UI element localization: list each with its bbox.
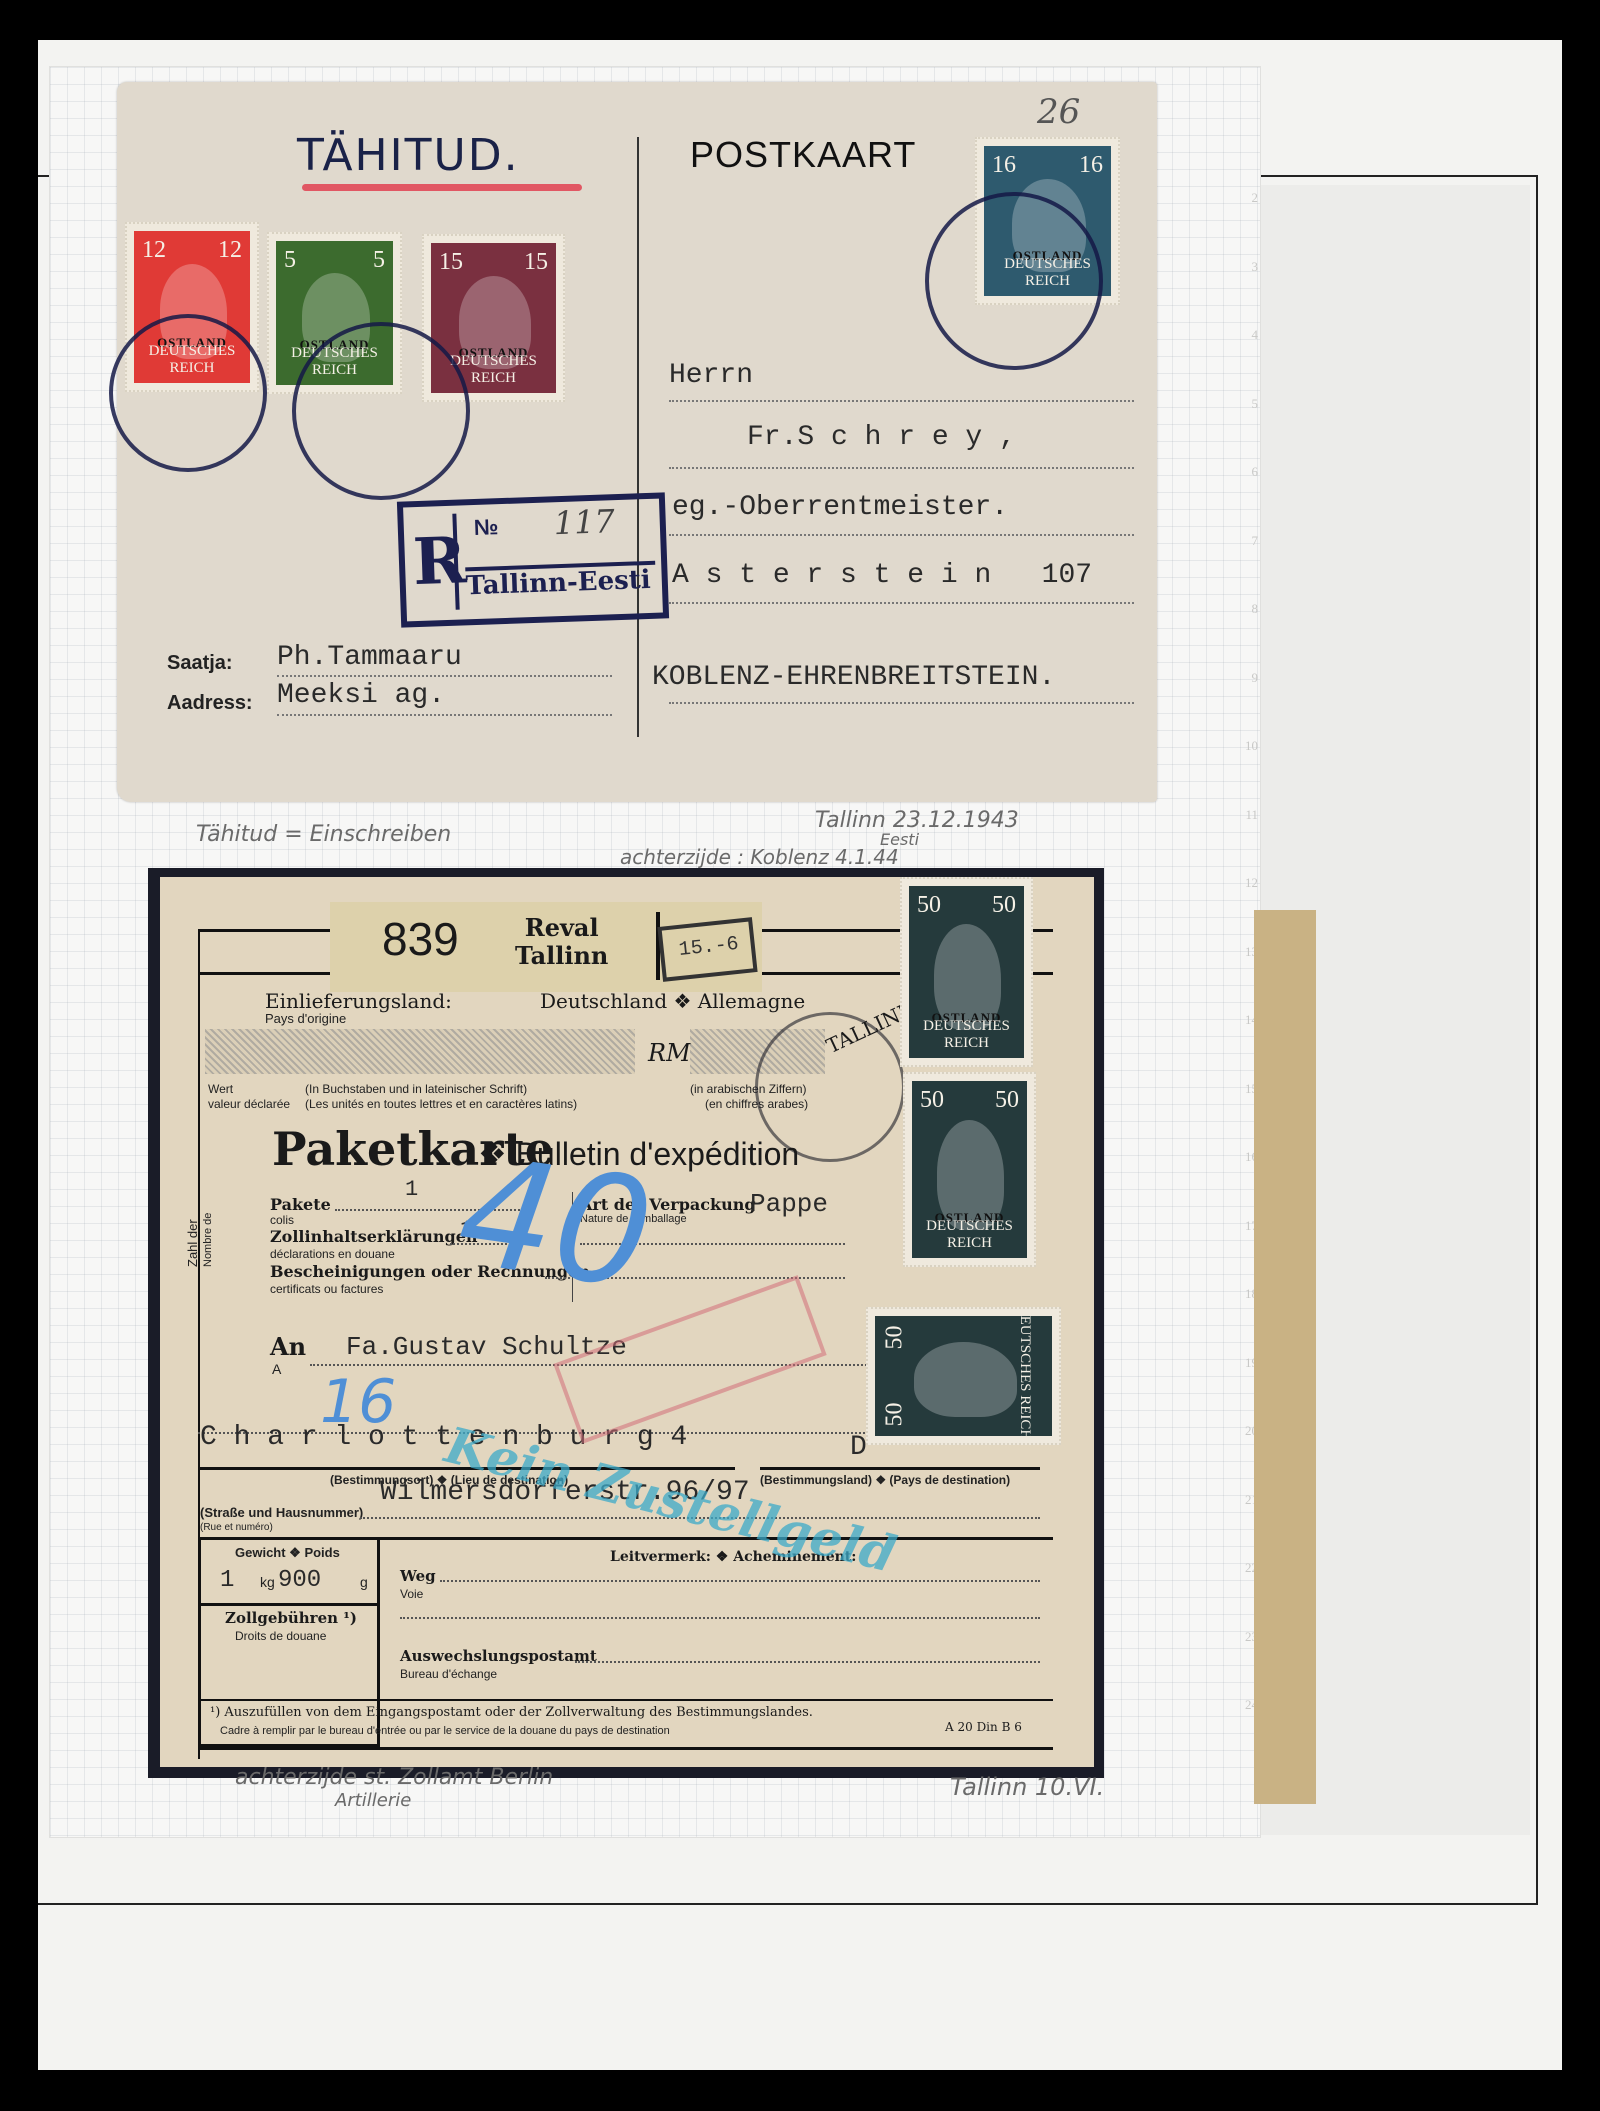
form-rule — [198, 1747, 1053, 1750]
stamp-value: 15 — [524, 249, 548, 276]
row-number: 9 — [1252, 670, 1259, 686]
row-dots — [400, 1617, 1040, 1619]
row-number: 12 — [1245, 875, 1258, 891]
address-label: Aadress: — [167, 692, 253, 715]
note-parcel-place: Tallinn 10.VI. — [950, 1773, 1104, 1801]
stamp-value: 50 — [995, 1087, 1019, 1114]
row-pakete-label: Pakete — [270, 1195, 331, 1214]
slip-date-box: 15.-6 — [657, 917, 757, 982]
street-label-fr: (Rue et numéro) — [200, 1522, 273, 1533]
registration-label: R № 117 Tallinn-Eesti — [397, 492, 669, 627]
country-initial: D — [850, 1432, 867, 1463]
form-rule — [760, 1467, 1040, 1470]
recipient-title: eg.-Oberrentmeister. — [672, 492, 1008, 523]
row-number: 11 — [1245, 807, 1258, 823]
stamp-inscription: DEUTSCHES REICH — [909, 1018, 1024, 1052]
address-line — [669, 534, 1134, 536]
street-label: (Straße und Hausnummer) — [200, 1505, 363, 1520]
count-header: Zahl der — [185, 1219, 200, 1267]
postmark-circle — [109, 314, 267, 472]
note-parcel-back: achterzijde st. Zollamt Berlin — [235, 1765, 553, 1790]
packaging-value: Pappe — [750, 1189, 828, 1219]
parcel-card[interactable]: 839 Reval Tallinn 15.-6 Einlieferungslan… — [160, 877, 1094, 1767]
blue-pencil-16: 16 — [320, 1367, 396, 1437]
blue-pencil-40: 40 — [449, 1125, 662, 1324]
stamp-value: 15 — [439, 249, 463, 276]
to-label: An — [270, 1332, 306, 1361]
postcard-title-handwritten: TÄHITUD. — [297, 130, 520, 181]
row-dots — [440, 1580, 1040, 1582]
stamp-value: 50 — [882, 1403, 909, 1427]
parcel-number-slip: 839 Reval Tallinn 15.-6 — [330, 902, 762, 992]
weight-kg-unit: kg — [260, 1574, 275, 1590]
customs-label-fr: Droits de douane — [235, 1629, 326, 1643]
address-line — [277, 714, 612, 716]
slip-city-1: Reval — [515, 914, 608, 942]
dest-country-label: (Bestimmungsland) ❖ (Pays de destination… — [760, 1473, 1010, 1487]
recipient-street: A s t e r s t e i n 107 — [672, 560, 1092, 591]
count-header-fr: Nombre de — [202, 1213, 214, 1267]
customs-label: Zollgebühren ¹) — [225, 1609, 357, 1627]
row-number: 4 — [1252, 327, 1259, 343]
form-code: A 20 Din B 6 — [945, 1720, 1022, 1734]
registration-place: Tallinn-Eesti — [465, 561, 656, 602]
stamp-value: 5 — [373, 247, 385, 274]
footnote-fr: Cadre à remplir par le bureau d'entrée o… — [220, 1725, 670, 1737]
weight-kg: 1 — [220, 1567, 234, 1594]
row-bescheinigungen-label-fr: certificats ou factures — [270, 1282, 383, 1296]
value-label-fr: valeur déclarée — [208, 1097, 290, 1111]
stamp-inscription: DEUTSCHES REICH — [912, 1218, 1027, 1252]
way-label: Weg — [400, 1567, 436, 1585]
form-rule — [198, 1603, 380, 1606]
footnote: ¹) Auszufüllen von dem Eingangspostamt o… — [210, 1705, 813, 1720]
note-tahitud: Tähitud = Einschreiben — [196, 822, 451, 847]
value-hatch — [205, 1029, 635, 1074]
exchange-label-fr: Bureau d'échange — [400, 1667, 497, 1681]
row-pakete-value: 1 — [405, 1177, 418, 1202]
slip-city-2: Tallinn — [515, 942, 608, 970]
slip-city: Reval Tallinn — [515, 914, 608, 970]
row-number: 10 — [1245, 738, 1258, 754]
stamp-50-top[interactable]: 50 50 OSTLAND DEUTSCHES REICH — [900, 877, 1033, 1067]
address-value: Meeksi ag. — [277, 680, 445, 711]
way-label-fr: Voie — [400, 1587, 423, 1601]
sender-label: Saatja: — [167, 652, 233, 675]
letters-note: (In Buchstaben und in lateinischer Schri… — [305, 1082, 527, 1096]
stamp-inscription: DEUTSCHES REICH — [1016, 1316, 1033, 1436]
row-number: 7 — [1252, 533, 1259, 549]
stamp-value: 16 — [992, 152, 1016, 179]
address-line — [669, 702, 1134, 704]
origin-value: Deutschland ❖ Allemagne — [540, 989, 805, 1013]
stamp-50-sideways[interactable]: 50 50 DEUTSCHES REICH — [866, 1307, 1061, 1445]
stamp-value: 50 — [917, 892, 941, 919]
address-line — [669, 467, 1134, 469]
recipient-salutation: Herrn — [669, 360, 753, 391]
origin-label-fr: Pays d'origine — [265, 1011, 346, 1026]
row-pakete-label-fr: colis — [270, 1213, 294, 1227]
stamp-value: 50 — [920, 1087, 944, 1114]
exchange-label: Auswechslungspostamt — [400, 1647, 597, 1665]
portrait-icon — [914, 1342, 1017, 1416]
parcel-number: 839 — [382, 912, 459, 966]
registration-letter: R — [411, 514, 459, 612]
postmark-circle — [292, 322, 470, 500]
stamp-face: 50 50 OSTLAND DEUTSCHES REICH — [912, 1081, 1027, 1258]
row-number: 8 — [1252, 601, 1259, 617]
origin-label: Einlieferungsland: — [265, 989, 452, 1013]
page-number: 26 — [1037, 92, 1080, 132]
weight-g: 900 — [278, 1567, 321, 1594]
recipient-city: KOBLENZ-EHRENBREITSTEIN. — [652, 662, 1055, 693]
letters-note-fr: (Les unités en toutes lettres et en cara… — [305, 1097, 577, 1111]
stamp-face: 50 50 OSTLAND DEUTSCHES REICH — [909, 886, 1024, 1058]
row-number: 2 — [1252, 190, 1259, 206]
stamp-value: 5 — [284, 247, 296, 274]
stamp-value: 50 — [882, 1326, 909, 1350]
row-zoll-label: Zollinhaltserklärungen — [270, 1227, 478, 1246]
to-label-fr: A — [272, 1361, 281, 1377]
value-label: Wert — [208, 1082, 233, 1096]
row-zoll-label-fr: déclarations en douane — [270, 1247, 395, 1261]
stamp-value: 12 — [218, 237, 242, 264]
envelope-edge — [1254, 910, 1316, 1804]
stamp-value: 12 — [142, 237, 166, 264]
red-underline — [302, 184, 582, 191]
address-line — [669, 602, 1134, 604]
postcard-divider — [637, 137, 639, 737]
row-number: 3 — [1252, 259, 1259, 275]
registration-no-mark: № — [473, 514, 498, 541]
recipient-name: Fr.S c h r e y , — [747, 422, 1016, 453]
row-number: 6 — [1252, 464, 1259, 480]
postcard-heading: POSTKAART — [690, 134, 916, 176]
row-number: 5 — [1252, 396, 1259, 412]
form-rule — [198, 1699, 1053, 1701]
stamp-value: 50 — [992, 892, 1016, 919]
weight-g-unit: g — [360, 1574, 368, 1590]
registered-postcard[interactable]: 26 TÄHITUD. POSTKAART 12 12 OSTLAND DEUT… — [117, 82, 1157, 802]
sender-value: Ph.Tammaaru — [277, 642, 462, 673]
address-line — [669, 400, 1134, 402]
currency-label: RM — [648, 1039, 691, 1067]
note-parcel-back-2: Artillerie — [335, 1790, 411, 1811]
stamp-50-middle[interactable]: 50 50 OSTLAND DEUTSCHES REICH — [903, 1072, 1036, 1267]
row-dots — [575, 1661, 1040, 1663]
registration-number: 117 — [553, 502, 615, 542]
stamp-face: 50 50 DEUTSCHES REICH — [875, 1316, 1052, 1436]
note-back-koblenz: achterzijde : Koblenz 4.1.44 — [620, 845, 899, 869]
weight-label: Gewicht ❖ Poids — [235, 1545, 340, 1561]
postmark-circle — [925, 192, 1103, 370]
sender-line — [277, 675, 612, 677]
stamp-value: 16 — [1079, 152, 1103, 179]
